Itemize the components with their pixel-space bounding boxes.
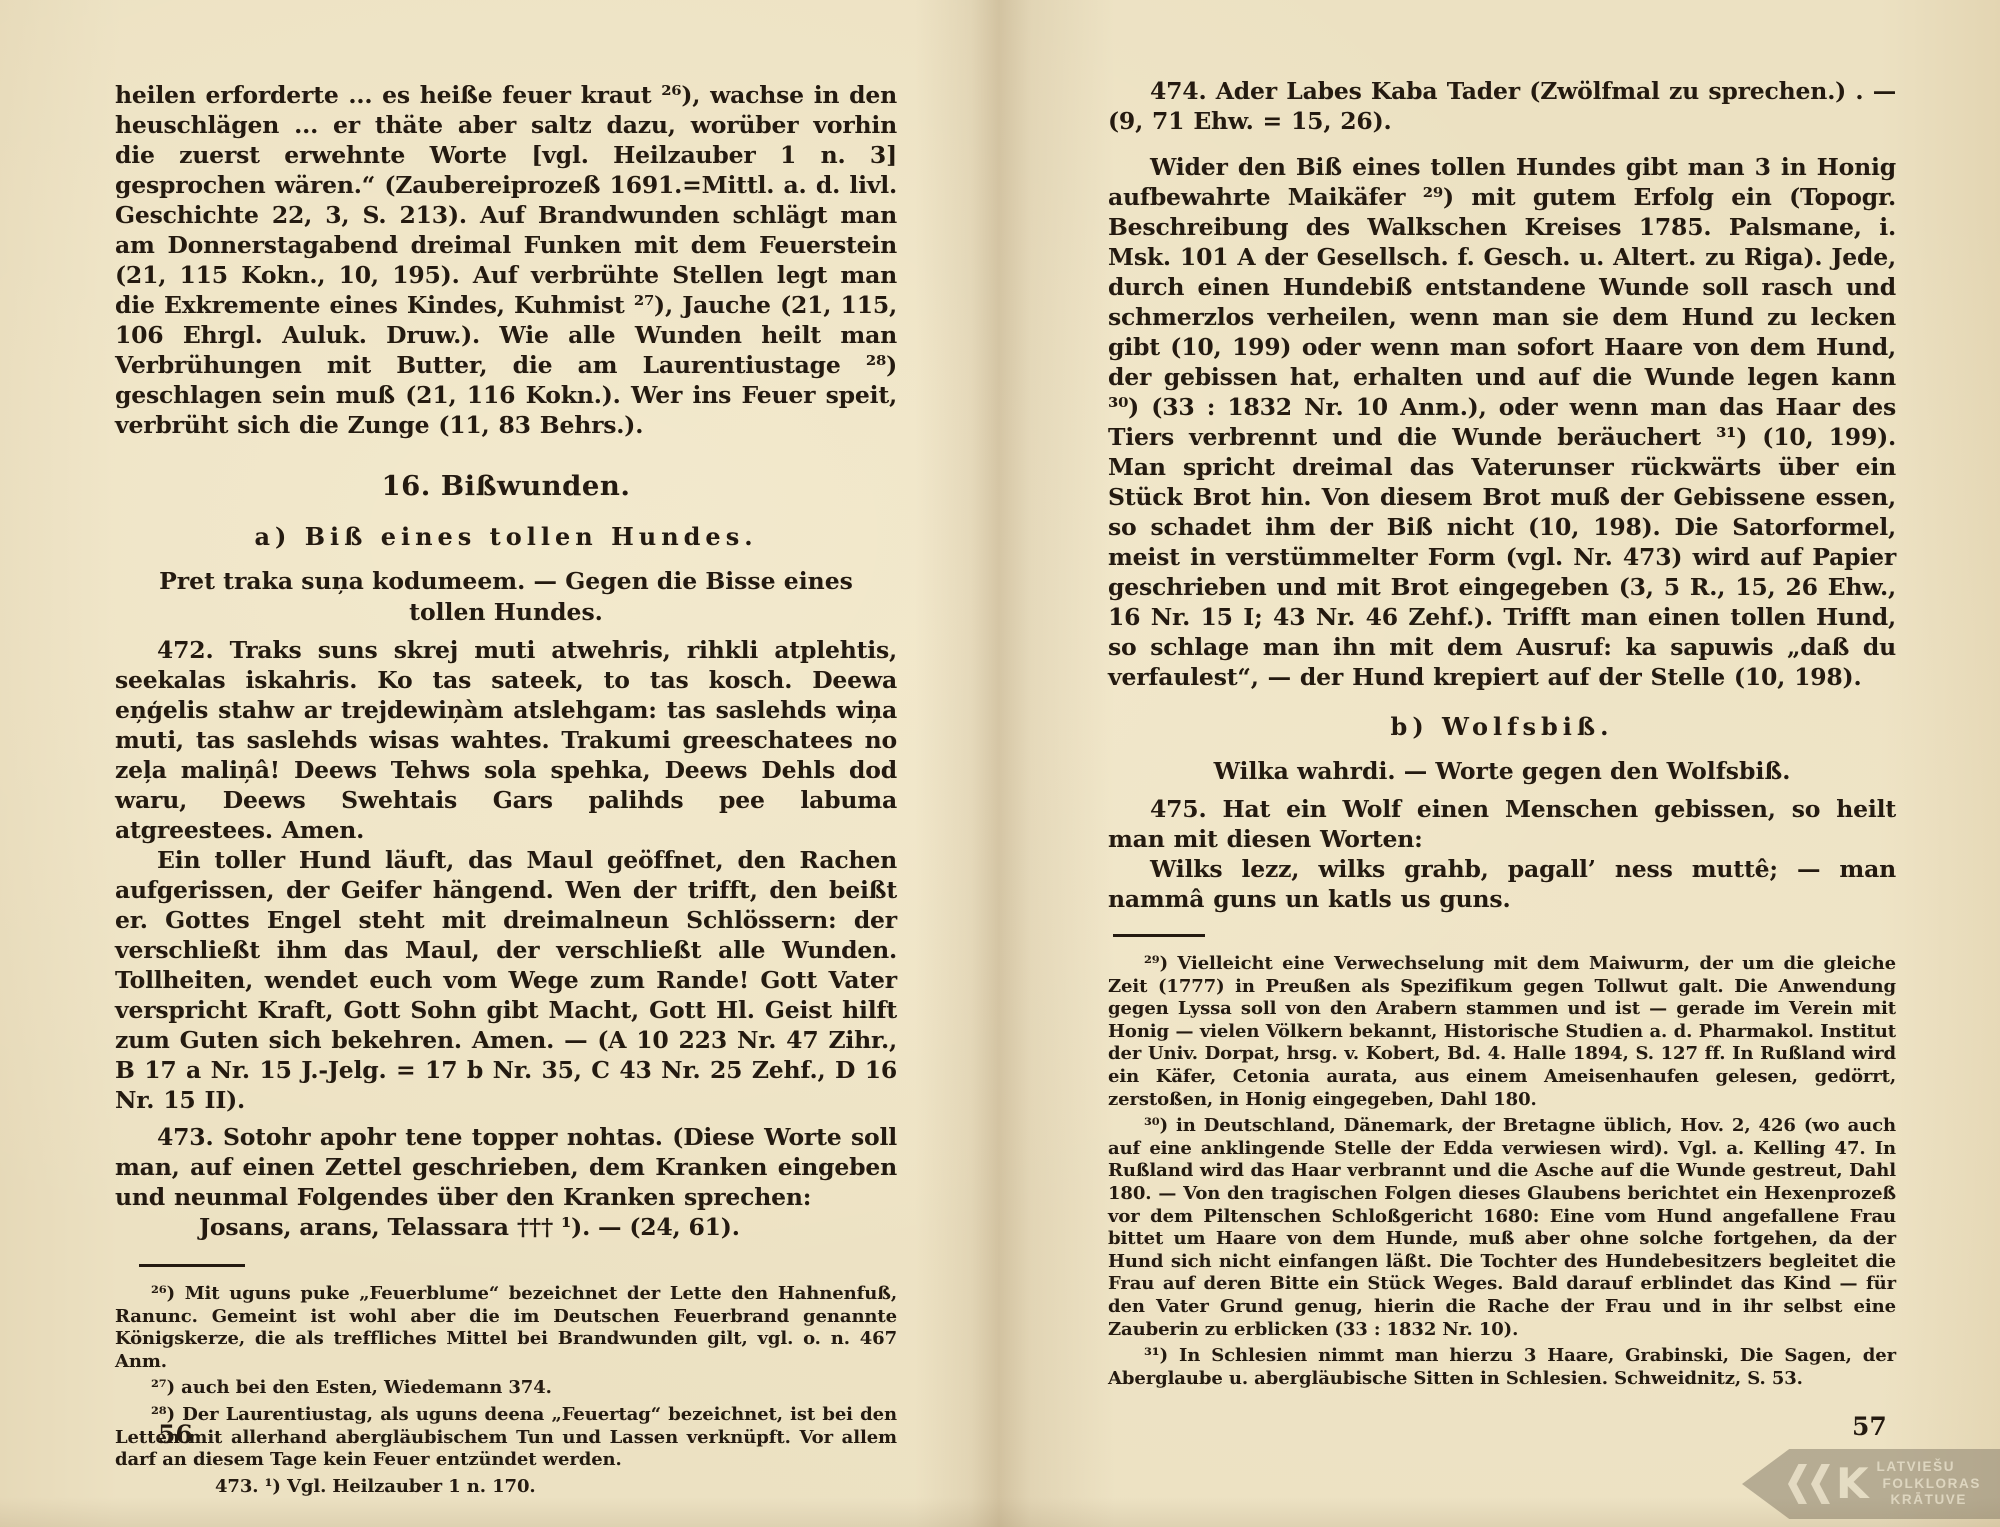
motto-mad-dog: Pret traka suņa kodumeem. — Gegen die Bi…: [135, 566, 878, 628]
page-gutter-shadow: [915, 0, 1115, 1527]
footnote-31: ³¹) In Schlesien nimmt man hierzu 3 Haar…: [1108, 1345, 1896, 1390]
watermark-line: KRĀTUVE: [1891, 1492, 1981, 1509]
page-number-57: 57: [1852, 1412, 1887, 1441]
formula-473: Josans, arans, Telassara ††† ¹). — (24, …: [115, 1212, 897, 1242]
chevron-icon: [1788, 1464, 1807, 1504]
watermark-line: LATVIEŠU: [1877, 1459, 1981, 1476]
motto-wolf: Wilka wahrdi. — Worte gegen den Wolfsbiß…: [1128, 756, 1877, 787]
paragraph-473: 473. Sotohr apohr tene topper nohtas. (D…: [115, 1122, 897, 1212]
formula-475: Wilks lezz, wilks grahb, pagall’ ness mu…: [1108, 854, 1896, 914]
paragraph-472-latvian: 472. Traks suns skrej muti atwehris, rih…: [115, 635, 897, 845]
watermark-stamp: K LATVIEŠU FOLKLORAS KRĀTUVE: [1742, 1449, 2000, 1519]
paragraph-474-text: Wider den Biß eines tollen Hundes gibt m…: [1108, 152, 1896, 692]
section-heading-bite-wounds: 16. Bißwunden.: [115, 470, 897, 502]
watermark-line: FOLKLORAS: [1883, 1476, 1981, 1493]
chevron-icon: [1811, 1464, 1830, 1504]
paragraph-475-intro: 475. Hat ein Wolf einen Menschen gebisse…: [1108, 794, 1896, 854]
watermark-text: LATVIEŠU FOLKLORAS KRĀTUVE: [1877, 1459, 1981, 1509]
page-right: 474. Ader Labes Kaba Tader (Zwölfmal zu …: [1108, 0, 1896, 1394]
paragraph-472-german: Ein toller Hund läuft, das Maul geöffnet…: [115, 845, 897, 1115]
footnote-27: ²⁷) auch bei den Esten, Wiedemann 374.: [115, 1377, 897, 1400]
page-left: heilen erforderte ... es heiße feuer kra…: [115, 0, 897, 1502]
footnote-29: ²⁹) Vielleicht eine Verwechselung mit de…: [1108, 953, 1896, 1111]
page-number-56: 56: [158, 1420, 193, 1449]
paragraph-474: 474. Ader Labes Kaba Tader (Zwölfmal zu …: [1108, 76, 1896, 136]
footnote-28: ²⁸) Der Laurentiustag, als uguns deena „…: [115, 1404, 897, 1472]
lfk-monogram-letter: K: [1836, 1464, 1869, 1504]
paragraph-continuation: heilen erforderte ... es heiße feuer kra…: [115, 80, 897, 440]
footnote-30: ³⁰) in Deutschland, Dänemark, der Bretag…: [1108, 1115, 1896, 1341]
footnote-rule-left: [139, 1264, 245, 1267]
subsection-heading-mad-dog-bite: a) Biß eines tollen Hundes.: [115, 522, 897, 551]
footnote-473-1: 473. ¹) Vgl. Heilzauber 1 n. 170.: [115, 1476, 897, 1499]
footnote-26: ²⁶) Mit uguns puke „Feuerblume“ bezeichn…: [115, 1283, 897, 1373]
book-scan: heilen erforderte ... es heiße feuer kra…: [0, 0, 2000, 1527]
footnote-rule-right: [1113, 934, 1205, 937]
subsection-heading-wolf-bite: b) Wolfsbiß.: [1108, 712, 1896, 741]
